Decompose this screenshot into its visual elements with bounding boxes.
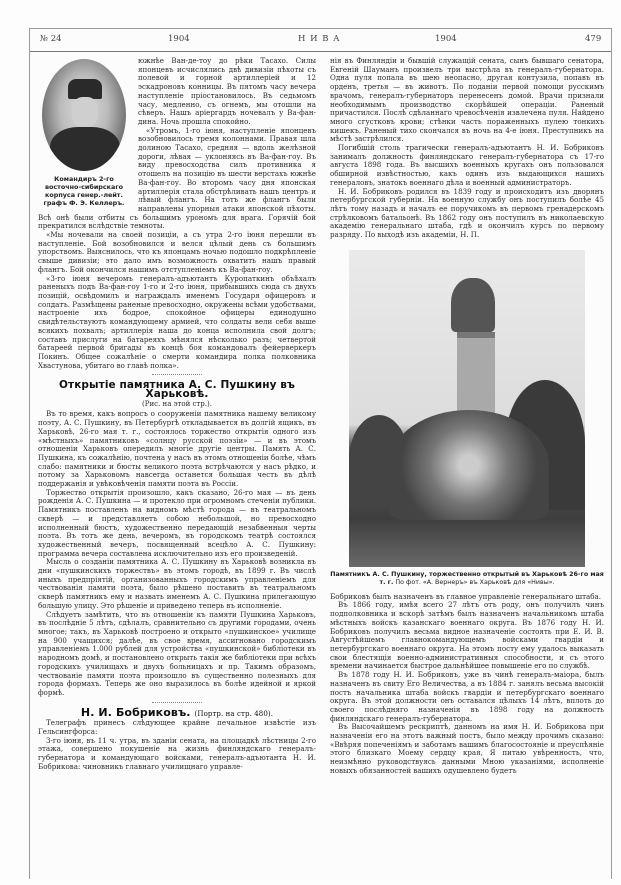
year-left: 1904 xyxy=(168,34,190,44)
portrait-figure: Командиръ 2-го восточно-сибирскаго корпу… xyxy=(38,59,130,207)
pushkin-monument-photo xyxy=(349,250,585,567)
article-paragraph: Въ то время, какъ вопросъ о сооруженіи п… xyxy=(38,410,316,488)
article-paragraph: Н. И. Бобриковъ родился въ 1839 году и п… xyxy=(330,188,604,240)
issue-number: № 24 xyxy=(40,34,62,44)
bobrikov-title: Н. И. Бобриковъ. xyxy=(81,706,191,719)
war-report-paragraph: «Мы ночевали на своей позиціи, а съ утра… xyxy=(38,231,316,275)
bobrikov-heading: Н. И. Бобриковъ. (Портр. на стр. 480). xyxy=(38,709,316,719)
section-divider xyxy=(152,702,202,703)
article-paragraph: Слѣдуетъ замѣтить, что въ отношеніи къ п… xyxy=(38,611,316,698)
article-paragraph: Въ 1866 году, имѣя всего 27 лѣтъ отъ род… xyxy=(330,601,604,671)
article-paragraph: Погибшій столь трагически генералъ-адъют… xyxy=(330,144,604,188)
war-report-paragraph: «3-го іюня вечеромъ генералъ-адъютантъ К… xyxy=(38,275,316,371)
photo-caption-credit: По фот. «А. Вернеръ» въ Харьковѣ для «Ни… xyxy=(395,579,554,586)
portrait-photo xyxy=(42,59,126,171)
article-paragraph: Телеграфъ принесъ слѣдующее крайне печал… xyxy=(38,719,316,736)
photo-caption: Памятникъ А. С. Пушкину, торжественно от… xyxy=(330,571,604,587)
section-divider xyxy=(152,374,202,375)
article-paragraph: 3-го іюня, въ 11 ч. утра, въ зданіи сена… xyxy=(38,737,316,772)
magazine-title: Н И В А xyxy=(298,34,341,44)
pushkin-article-title: Открытіе памятника А. С. Пушкину въ Харь… xyxy=(38,381,316,398)
portrait-caption: Командиръ 2-го восточно-сибирскаго корпу… xyxy=(38,175,130,207)
article-paragraph: нія въ Финляндіи и бывшій служащій сенат… xyxy=(330,57,604,144)
newspaper-page: № 24 1904 Н И В А 1904 479 Командиръ 2-г… xyxy=(29,28,612,879)
article-paragraph: Мысль о созданіи памятника А. С. Пушкину… xyxy=(38,558,316,610)
article-paragraph: Въ 1878 году Н. И. Бобриковъ, уже въ чин… xyxy=(330,671,604,723)
left-column: Командиръ 2-го восточно-сибирскаго корпу… xyxy=(38,57,316,772)
right-column: нія въ Финляндіи и бывшій служащій сенат… xyxy=(330,57,604,776)
running-header: № 24 1904 Н И В А 1904 479 xyxy=(30,29,611,52)
article-paragraph: Торжество открытія произошло, какъ сказа… xyxy=(38,489,316,559)
article-paragraph: Въ Высочайшемъ рескриптѣ, данномъ на имя… xyxy=(330,723,604,775)
pushkin-article-subtitle: (Рис. на этой стр.). xyxy=(38,400,316,409)
year-right: 1904 xyxy=(435,34,457,44)
bobrikov-note: (Портр. на стр. 480). xyxy=(195,710,274,718)
page-number: 479 xyxy=(585,34,601,44)
